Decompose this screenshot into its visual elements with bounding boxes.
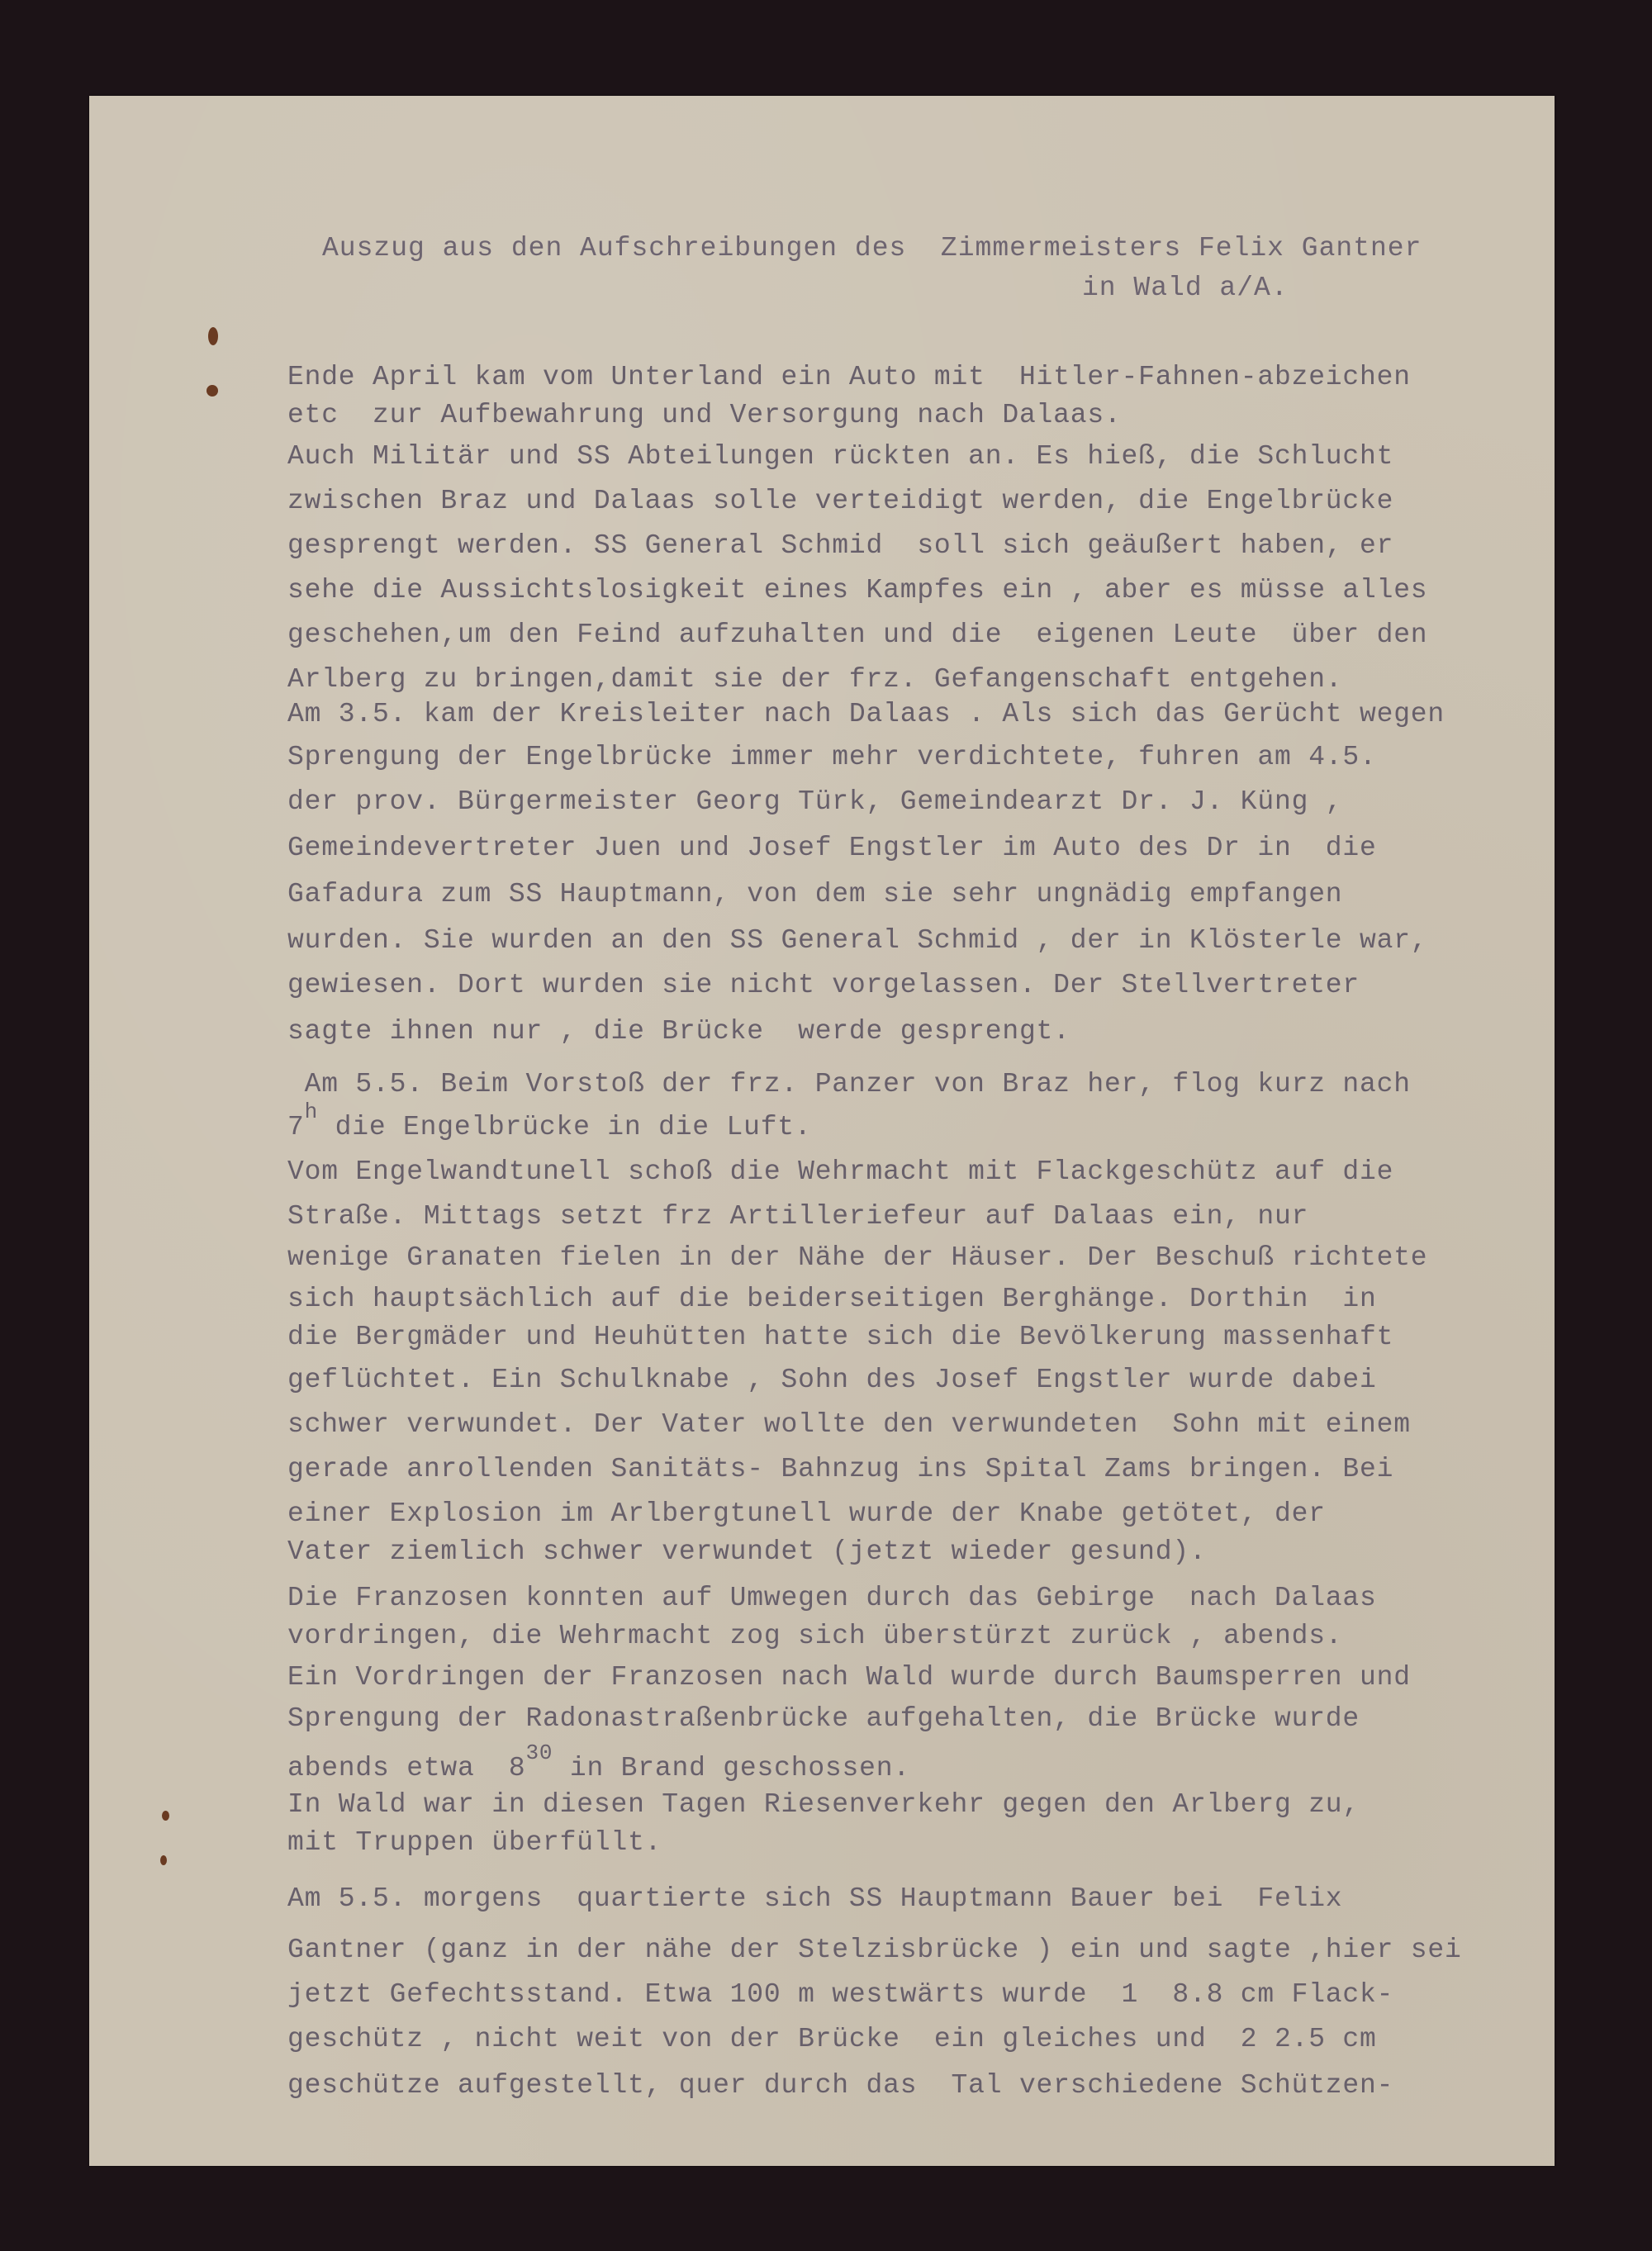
- line-text: gewiesen. Dort wurden sie nicht vorgelas…: [287, 970, 1360, 1000]
- text-line: sich hauptsächlich auf die beiderseitige…: [287, 1285, 1377, 1313]
- text-line: wenige Granaten fielen in der Nähe der H…: [287, 1244, 1427, 1271]
- text-line: vordringen, die Wehrmacht zog sich übers…: [287, 1622, 1342, 1650]
- line-text: der prov. Bürgermeister Georg Türk, Geme…: [287, 786, 1342, 817]
- line-text: jetzt Gefechtsstand. Etwa 100 m westwärt…: [287, 1979, 1393, 2010]
- line-text: Am 5.5. Beim Vorstoß der frz. Panzer von…: [287, 1069, 1411, 1099]
- line-text: in Brand geschossen.: [570, 1753, 910, 1783]
- text-line: Gantner (ganz in der nähe der Stelzisbrü…: [287, 1936, 1462, 1964]
- text-line: gewiesen. Dort wurden sie nicht vorgelas…: [287, 971, 1360, 999]
- text-line: 7h die Engelbrücke in die Luft.: [287, 1114, 812, 1141]
- text-line: Straße. Mittags setzt frz Artilleriefeur…: [287, 1203, 1308, 1230]
- text-line: geschütz , nicht weit von der Brücke ein…: [287, 2025, 1377, 2053]
- line-text: Vater ziemlich schwer verwundet (jetzt w…: [287, 1536, 1207, 1567]
- line-text: vordringen, die Wehrmacht zog sich übers…: [287, 1621, 1342, 1651]
- line-text: Gantner (ganz in der nähe der Stelzisbrü…: [287, 1935, 1462, 1965]
- line-text: Sprengung der Radonastraßenbrücke aufgeh…: [287, 1703, 1360, 1734]
- text-line: Ende April kam vom Unterland ein Auto mi…: [287, 363, 1411, 391]
- line-prefix: abends etwa 8: [287, 1753, 525, 1783]
- line-text: Die Franzosen konnten auf Umwegen durch …: [287, 1583, 1377, 1613]
- rust-stain: [206, 385, 218, 397]
- text-line: Arlberg zu bringen,damit sie der frz. Ge…: [287, 666, 1342, 693]
- text-line: einer Explosion im Arlbergtunell wurde d…: [287, 1500, 1326, 1527]
- text-line: gerade anrollenden Sanitäts- Bahnzug ins…: [287, 1456, 1393, 1483]
- line-text: mit Truppen überfüllt.: [287, 1827, 662, 1858]
- text-line: Gemeindevertreter Juen und Josef Engstle…: [287, 834, 1377, 862]
- text-line: wurden. Sie wurden an den SS General Sch…: [287, 927, 1427, 954]
- line-text: sich hauptsächlich auf die beiderseitige…: [287, 1284, 1377, 1314]
- text-line: Die Franzosen konnten auf Umwegen durch …: [287, 1584, 1377, 1612]
- text-line: zwischen Braz und Dalaas solle verteidig…: [287, 487, 1393, 515]
- text-line: etc zur Aufbewahrung und Versorgung nach…: [287, 401, 1122, 429]
- line-text: die Engelbrücke in die Luft.: [335, 1112, 812, 1142]
- line-text: Ende April kam vom Unterland ein Auto mi…: [287, 362, 1411, 392]
- text-line: Auch Militär und SS Abteilungen rückten …: [287, 443, 1393, 470]
- line-text: etc zur Aufbewahrung und Versorgung nach…: [287, 400, 1122, 430]
- line-text: Gafadura zum SS Hauptmann, von dem sie s…: [287, 879, 1342, 909]
- line-text: Vom Engelwandtunell schoß die Wehrmacht …: [287, 1156, 1393, 1187]
- line-text: gesprengt werden. SS General Schmid soll…: [287, 530, 1393, 561]
- superscript: 30: [525, 1740, 553, 1765]
- line-text: einer Explosion im Arlbergtunell wurde d…: [287, 1498, 1326, 1529]
- text-line: Am 5.5. morgens quartierte sich SS Haupt…: [287, 1885, 1342, 1912]
- line-text: wurden. Sie wurden an den SS General Sch…: [287, 925, 1427, 956]
- text-line: Ein Vordringen der Franzosen nach Wald w…: [287, 1664, 1411, 1691]
- line-text: Am 3.5. kam der Kreisleiter nach Dalaas …: [287, 699, 1445, 729]
- superscript: h: [305, 1099, 318, 1124]
- text-line: sagte ihnen nur , die Brücke werde gespr…: [287, 1018, 1070, 1045]
- line-text: die Bergmäder und Heuhütten hatte sich d…: [287, 1322, 1393, 1352]
- text-line: die Bergmäder und Heuhütten hatte sich d…: [287, 1323, 1393, 1351]
- text-line: Gafadura zum SS Hauptmann, von dem sie s…: [287, 881, 1342, 908]
- line-text: Ein Vordringen der Franzosen nach Wald w…: [287, 1662, 1411, 1693]
- line-text: Sprengung der Engelbrücke immer mehr ver…: [287, 742, 1377, 772]
- line-text: geschütz , nicht weit von der Brücke ein…: [287, 2024, 1377, 2054]
- line-text: schwer verwundet. Der Vater wollte den v…: [287, 1409, 1411, 1440]
- line-text: In Wald war in diesen Tagen Riesenverkeh…: [287, 1789, 1360, 1820]
- document-heading-location: in Wald a/A.: [1082, 273, 1289, 303]
- text-line: schwer verwundet. Der Vater wollte den v…: [287, 1411, 1411, 1438]
- line-text: gerade anrollenden Sanitäts- Bahnzug ins…: [287, 1454, 1393, 1484]
- text-line: mit Truppen überfüllt.: [287, 1829, 662, 1856]
- line-text: geschütze aufgestellt, quer durch das Ta…: [287, 2070, 1393, 2101]
- text-line: sehe die Aussichtslosigkeit eines Kampfe…: [287, 577, 1427, 604]
- text-line: Am 5.5. Beim Vorstoß der frz. Panzer von…: [287, 1071, 1411, 1098]
- text-line: In Wald war in diesen Tagen Riesenverkeh…: [287, 1791, 1360, 1818]
- text-line: Sprengung der Engelbrücke immer mehr ver…: [287, 743, 1377, 771]
- line-text: sehe die Aussichtslosigkeit eines Kampfe…: [287, 575, 1427, 605]
- line-text: Am 5.5. morgens quartierte sich SS Haupt…: [287, 1883, 1342, 1914]
- line-text: zwischen Braz und Dalaas solle verteidig…: [287, 486, 1393, 516]
- text-line: Am 3.5. kam der Kreisleiter nach Dalaas …: [287, 700, 1445, 728]
- line-text: Arlberg zu bringen,damit sie der frz. Ge…: [287, 664, 1342, 695]
- text-line: Sprengung der Radonastraßenbrücke aufgeh…: [287, 1705, 1360, 1732]
- line-text: wenige Granaten fielen in der Nähe der H…: [287, 1242, 1427, 1273]
- text-line: gesprengt werden. SS General Schmid soll…: [287, 532, 1393, 559]
- text-line: Vom Engelwandtunell schoß die Wehrmacht …: [287, 1158, 1393, 1185]
- line-text: geflüchtet. Ein Schulknabe , Sohn des Jo…: [287, 1365, 1377, 1395]
- text-line: geschehen,um den Feind aufzuhalten und d…: [287, 621, 1427, 648]
- rust-stain: [208, 327, 218, 345]
- line-text: Straße. Mittags setzt frz Artilleriefeur…: [287, 1201, 1308, 1232]
- line-prefix: 7: [287, 1112, 305, 1142]
- line-text: sagte ihnen nur , die Brücke werde gespr…: [287, 1016, 1070, 1047]
- text-line: jetzt Gefechtsstand. Etwa 100 m westwärt…: [287, 1981, 1393, 2008]
- line-text: Gemeindevertreter Juen und Josef Engstle…: [287, 833, 1377, 863]
- line-text: geschehen,um den Feind aufzuhalten und d…: [287, 620, 1427, 650]
- text-line: geschütze aufgestellt, quer durch das Ta…: [287, 2072, 1393, 2099]
- text-line: abends etwa 830 in Brand geschossen.: [287, 1755, 910, 1782]
- text-line: Vater ziemlich schwer verwundet (jetzt w…: [287, 1538, 1207, 1565]
- text-line: geflüchtet. Ein Schulknabe , Sohn des Jo…: [287, 1366, 1377, 1394]
- line-text: Auch Militär und SS Abteilungen rückten …: [287, 441, 1393, 472]
- rust-stain: [162, 1811, 169, 1821]
- rust-stain: [160, 1855, 167, 1865]
- text-line: der prov. Bürgermeister Georg Türk, Geme…: [287, 788, 1342, 815]
- document-heading: Auszug aus den Aufschreibungen des Zimme…: [322, 233, 1422, 264]
